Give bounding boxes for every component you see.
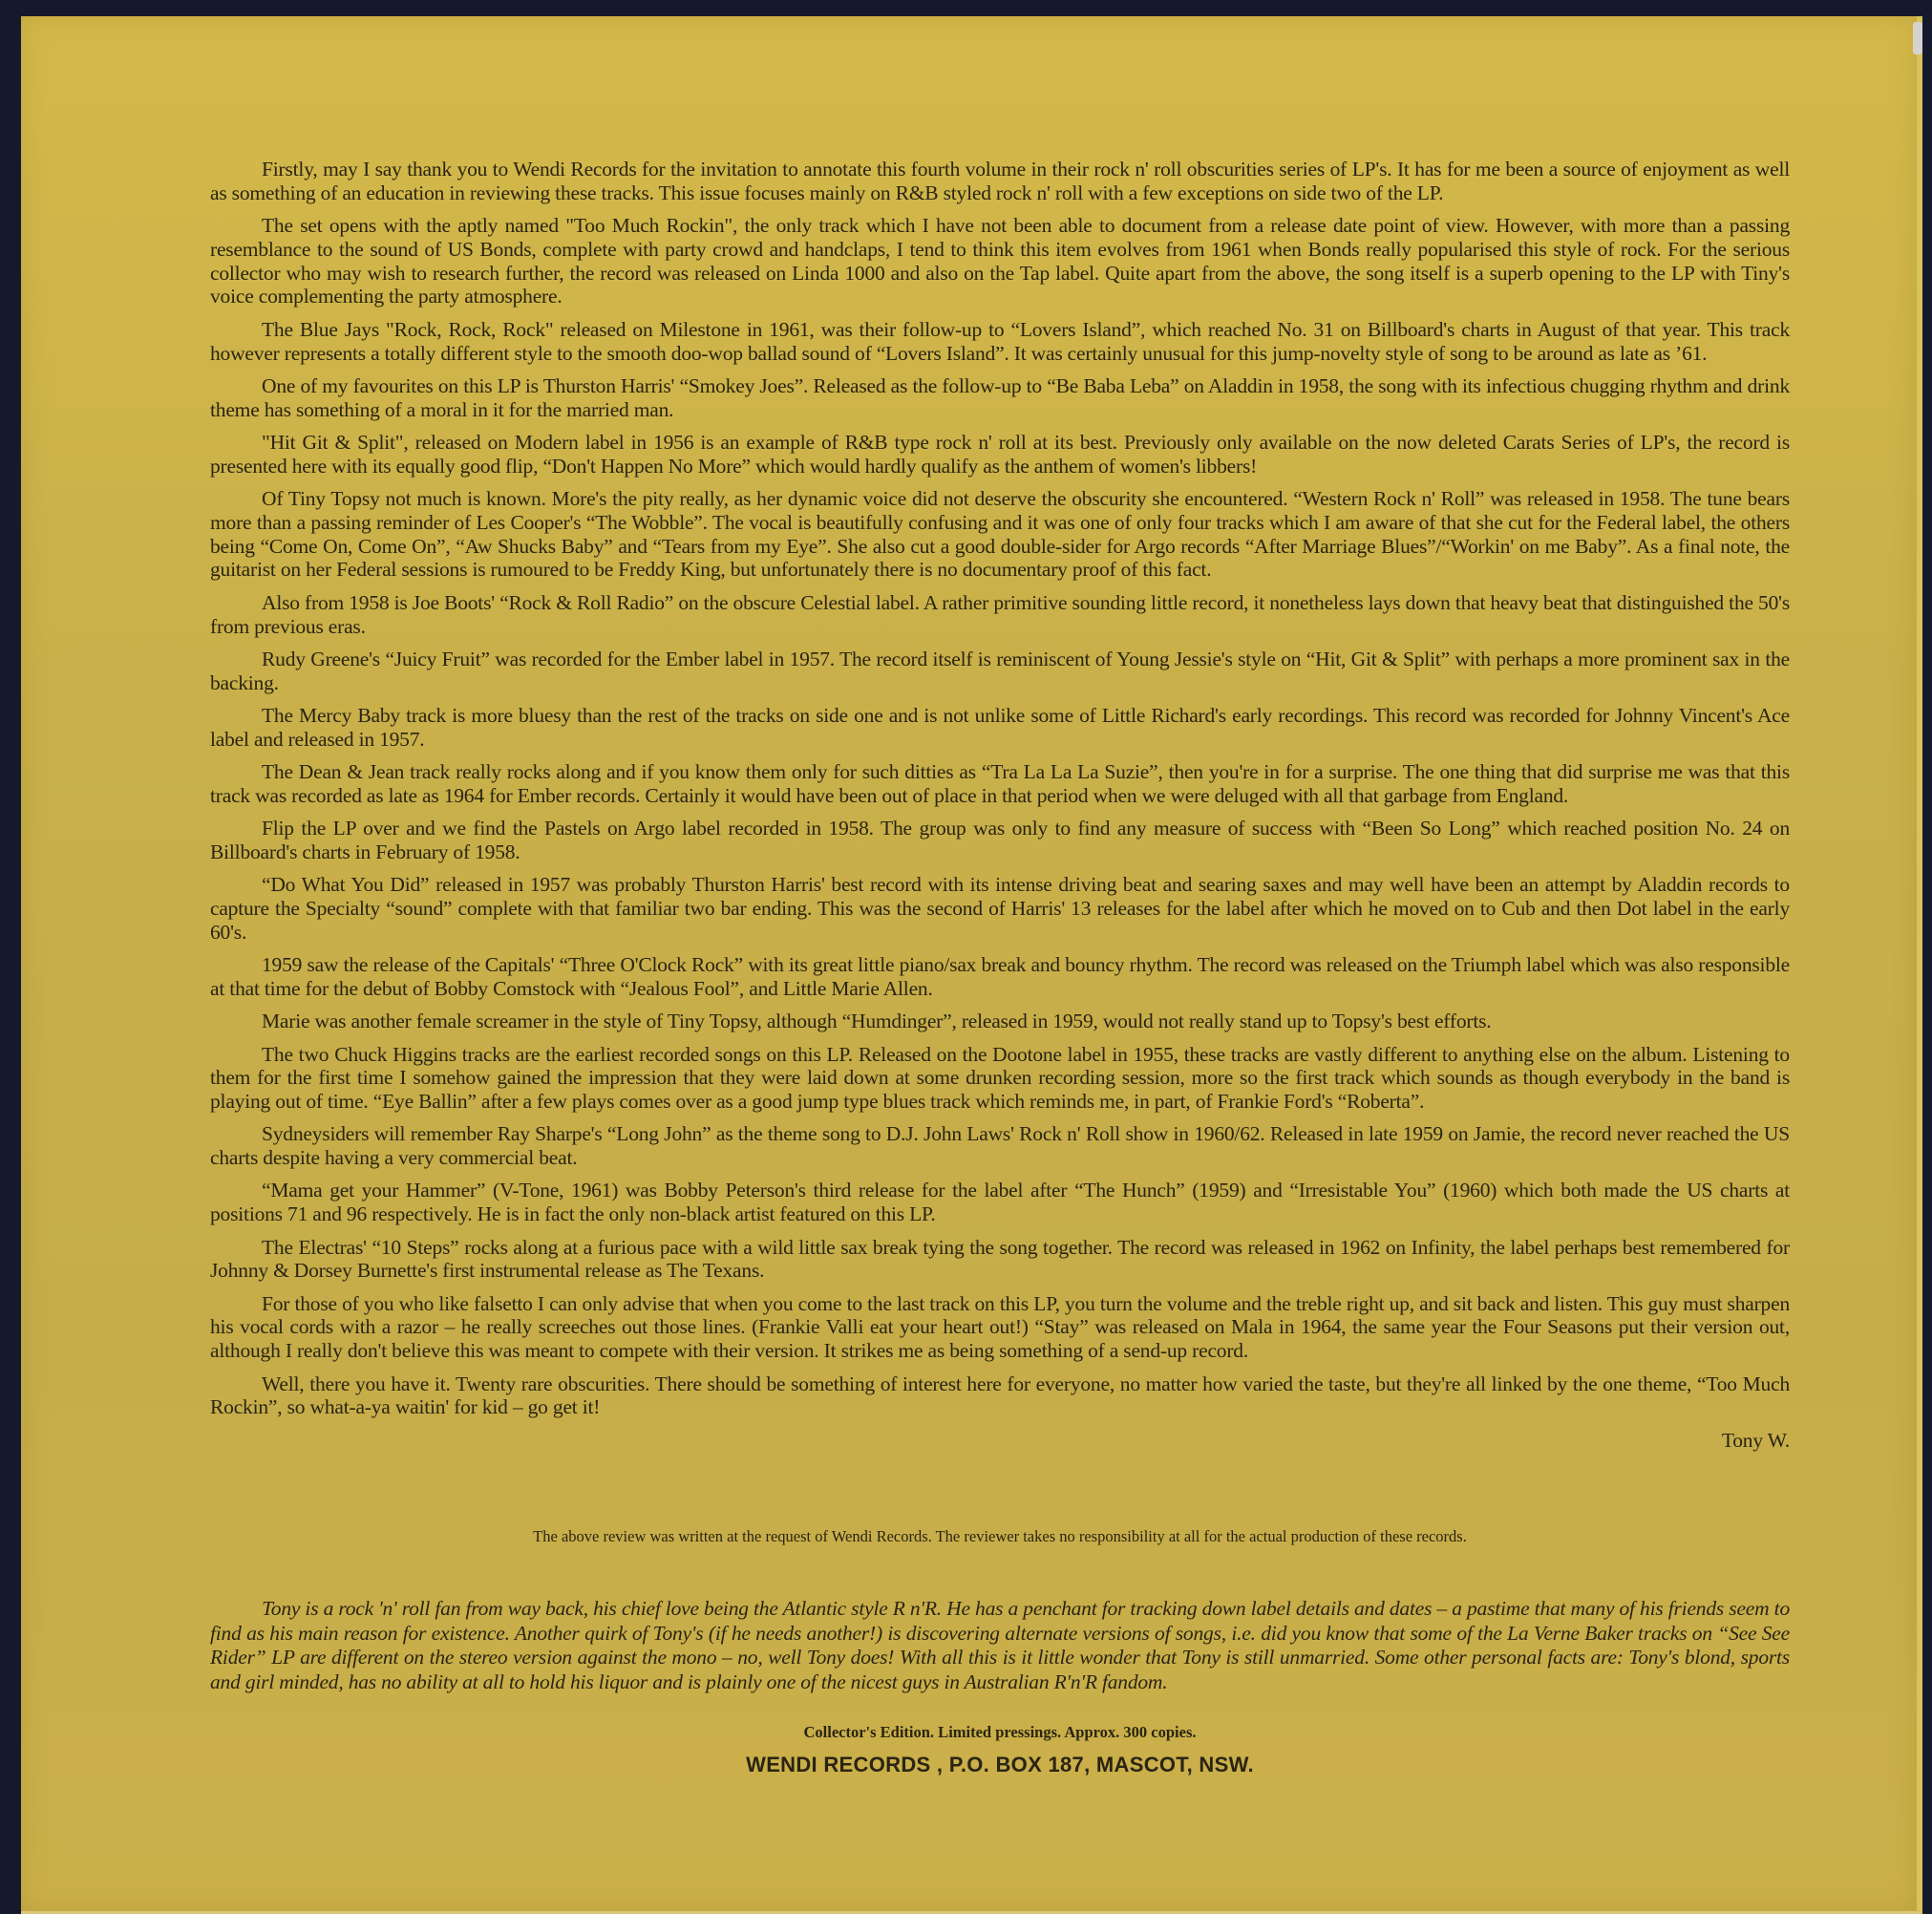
- liner-notes-paragraph: Well, there you have it. Twenty rare obs…: [210, 1372, 1790, 1420]
- lp-sleeve-back-cover: Firstly, may I say thank you to Wendi Re…: [21, 16, 1922, 1914]
- liner-notes-paragraph: The set opens with the aptly named "Too …: [210, 214, 1790, 308]
- liner-notes-paragraph: For those of you who like falsetto I can…: [210, 1292, 1790, 1363]
- liner-notes-paragraph: Flip the LP over and we find the Pastels…: [210, 817, 1790, 864]
- liner-notes: Firstly, may I say thank you to Wendi Re…: [210, 158, 1790, 1461]
- liner-notes-paragraph: Also from 1958 is Joe Boots' “Rock & Rol…: [210, 591, 1790, 639]
- liner-notes-paragraph: Firstly, may I say thank you to Wendi Re…: [210, 158, 1790, 205]
- review-disclaimer: The above review was written at the requ…: [210, 1527, 1790, 1546]
- label-address: WENDI RECORDS , P.O. BOX 187, MASCOT, NS…: [210, 1753, 1790, 1777]
- liner-notes-paragraph: “Mama get your Hammer” (V-Tone, 1961) wa…: [210, 1179, 1790, 1226]
- author-signature: Tony W.: [210, 1429, 1790, 1453]
- liner-notes-paragraph: "Hit Git & Split", released on Modern la…: [210, 431, 1790, 478]
- edition-note: Collector's Edition. Limited pressings. …: [210, 1723, 1790, 1742]
- liner-notes-paragraph: Rudy Greene's “Juicy Fruit” was recorded…: [210, 648, 1790, 695]
- author-bio: Tony is a rock 'n' roll fan from way bac…: [210, 1597, 1790, 1694]
- liner-notes-paragraph: The Electras' “10 Steps” rocks along at …: [210, 1236, 1790, 1284]
- liner-notes-paragraph: Sydneysiders will remember Ray Sharpe's …: [210, 1122, 1790, 1170]
- sleeve-corner-wear: [1913, 22, 1922, 54]
- liner-notes-paragraph: “Do What You Did” released in 1957 was p…: [210, 873, 1790, 944]
- liner-notes-paragraph: The Blue Jays "Rock, Rock, Rock" release…: [210, 318, 1790, 366]
- liner-notes-paragraph: 1959 saw the release of the Capitals' “T…: [210, 953, 1790, 1001]
- liner-notes-paragraph: Of Tiny Topsy not much is known. More's …: [210, 487, 1790, 582]
- liner-notes-paragraph: The Dean & Jean track really rocks along…: [210, 760, 1790, 808]
- liner-notes-paragraph: One of my favourites on this LP is Thurs…: [210, 374, 1790, 422]
- liner-notes-paragraph: The two Chuck Higgins tracks are the ear…: [210, 1043, 1790, 1114]
- liner-notes-paragraph: Marie was another female screamer in the…: [210, 1010, 1790, 1033]
- liner-notes-paragraph: The Mercy Baby track is more bluesy than…: [210, 704, 1790, 752]
